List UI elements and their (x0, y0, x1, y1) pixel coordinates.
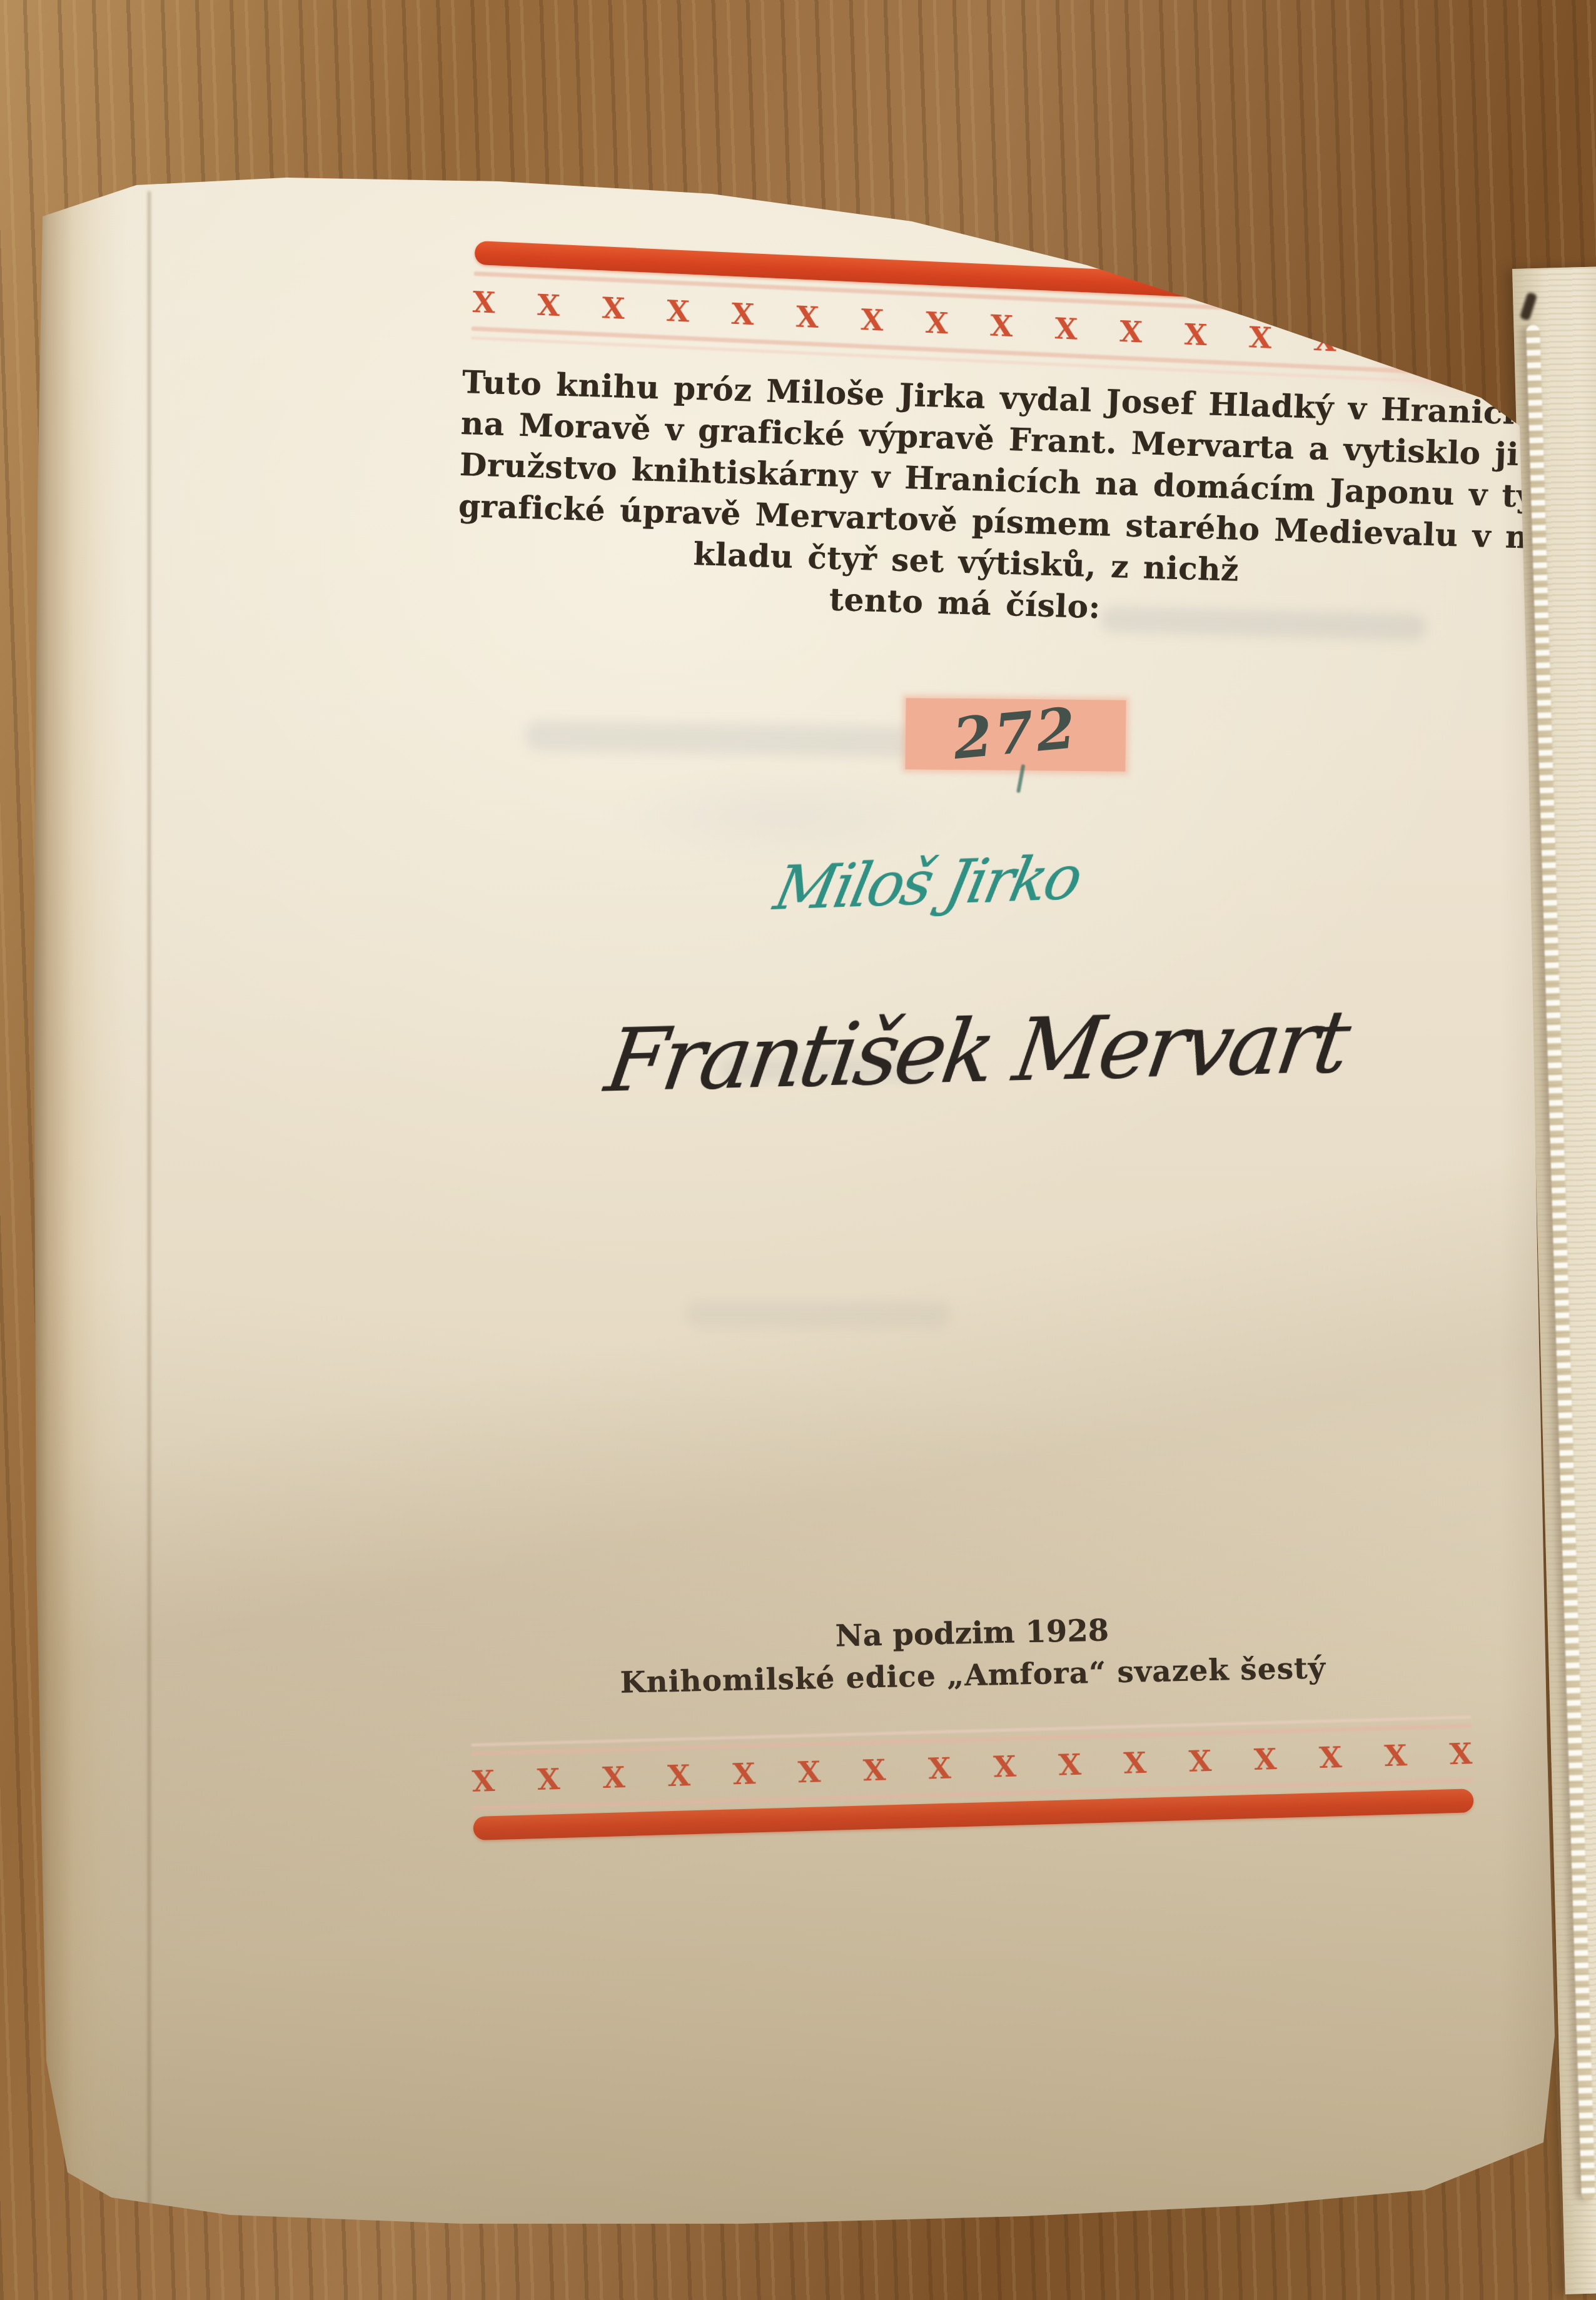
colophon-text: Tuto knihu próz Miloše Jirka vydal Josef… (455, 361, 1480, 639)
printed-content: X X X X X X X X X X X X X X X X Tuto kni… (24, 60, 1596, 2286)
ink-descender-mark (1016, 764, 1025, 793)
edition-number: 272 (950, 695, 1081, 772)
ink-bleed-through (687, 1302, 949, 1327)
imprint-block: Na podzim 1928 Knihomilské edice „Amfora… (463, 1605, 1482, 1705)
book-page: X X X X X X X X X X X X X X X X Tuto kni… (24, 60, 1596, 2286)
ornament-thick-bar (473, 1788, 1473, 1840)
ornament-border-bottom: X X X X X X X X X X X X X X X X (471, 1715, 1474, 1840)
edition-number-stamp: 272 (905, 698, 1126, 772)
signature-milos-jirko: Miloš Jirko (769, 842, 1086, 924)
signature-frantisek-mervart: František Mervart (600, 991, 1353, 1112)
ink-bleed-through (525, 720, 939, 758)
